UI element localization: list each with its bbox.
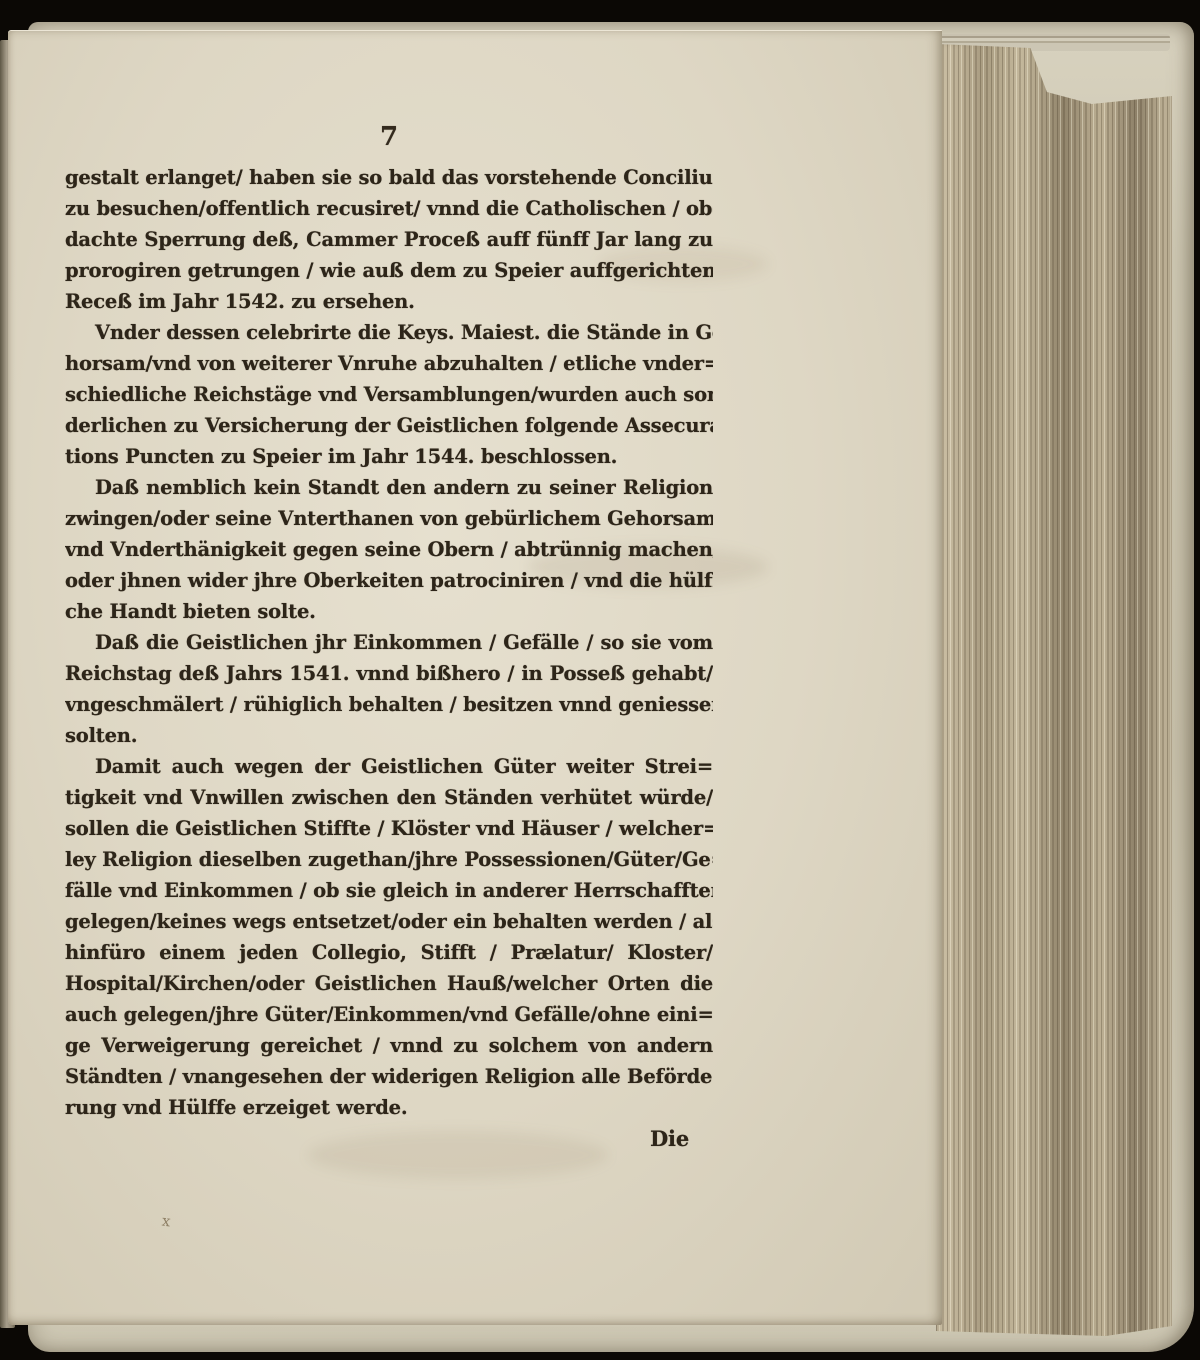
text-line: Vnder dessen celebrirte die Keys. Maiest… <box>65 317 713 348</box>
text-line: Receß im Jahr 1542. zu ersehen. <box>65 286 713 317</box>
text-line: solten. <box>65 720 713 751</box>
text-line: gelegen/keines wegs entsetzet/oder ein b… <box>65 906 713 937</box>
text-line: hinfüro einem jeden Collegio, Stifft / P… <box>65 937 713 968</box>
text-line: rung vnd Hülffe erzeiget werde. <box>65 1092 713 1123</box>
text-line: dachte Sperrung deß, Cammer Proceß auff … <box>65 224 713 255</box>
text-line: vngeschmälert / rühiglich behalten / bes… <box>65 689 713 720</box>
text-line: Daß nemblich kein Standt den andern zu s… <box>65 472 713 503</box>
text-line: zu besuchen/offentlich recusiret/ vnnd d… <box>65 193 713 224</box>
text-line: ge Verweigerung gereichet / vnnd zu solc… <box>65 1030 713 1061</box>
text-line: che Handt bieten solte. <box>65 596 713 627</box>
text-line: tions Puncten zu Speier im Jahr 1544. be… <box>65 441 713 472</box>
book-scan: 7 gestalt erlanget/ haben sie so bald da… <box>0 0 1200 1360</box>
text-line: schiedliche Reichstäge vnd Versamblungen… <box>65 379 713 410</box>
text-block: gestalt erlanget/ haben sie so bald das … <box>65 162 713 1154</box>
fore-edge-pages <box>936 34 1172 1338</box>
text-line: sollen die Geistlichen Stiffte / Klöster… <box>65 813 713 844</box>
page-number: 7 <box>65 122 713 158</box>
text-line: horsam/vnd von weiterer Vnruhe abzuhalte… <box>65 348 713 379</box>
text-line: fälle vnd Einkommen / ob sie gleich in a… <box>65 875 713 906</box>
text-line: Ständten / vnangesehen der widerigen Rel… <box>65 1061 713 1092</box>
text-line: zwingen/oder seine Vnterthanen von gebür… <box>65 503 713 534</box>
text-line: Damit auch wegen der Geistlichen Güter w… <box>65 751 713 782</box>
text-line: gestalt erlanget/ haben sie so bald das … <box>65 162 713 193</box>
text-line: derlichen zu Versicherung der Geistliche… <box>65 410 713 441</box>
text-line: Reichstag deß Jahrs 1541. vnnd bißhero /… <box>65 658 713 689</box>
text-line: Hospital/Kirchen/oder Geistlichen Hauß/w… <box>65 968 713 999</box>
text-line: auch gelegen/jhre Güter/Einkommen/vnd Ge… <box>65 999 713 1030</box>
text-line: tigkeit vnd Vnwillen zwischen den Stände… <box>65 782 713 813</box>
text-line: oder jhnen wider jhre Oberkeiten patroci… <box>65 565 713 596</box>
text-line: prorogiren getrungen / wie auß dem zu Sp… <box>65 255 713 286</box>
text-line: Daß die Geistlichen jhr Einkommen / Gefä… <box>65 627 713 658</box>
text-line: vnd Vnderthänigkeit gegen seine Obern / … <box>65 534 713 565</box>
text-line: ley Religion dieselben zugethan/jhre Pos… <box>65 844 713 875</box>
catchword: Die <box>65 1123 713 1154</box>
